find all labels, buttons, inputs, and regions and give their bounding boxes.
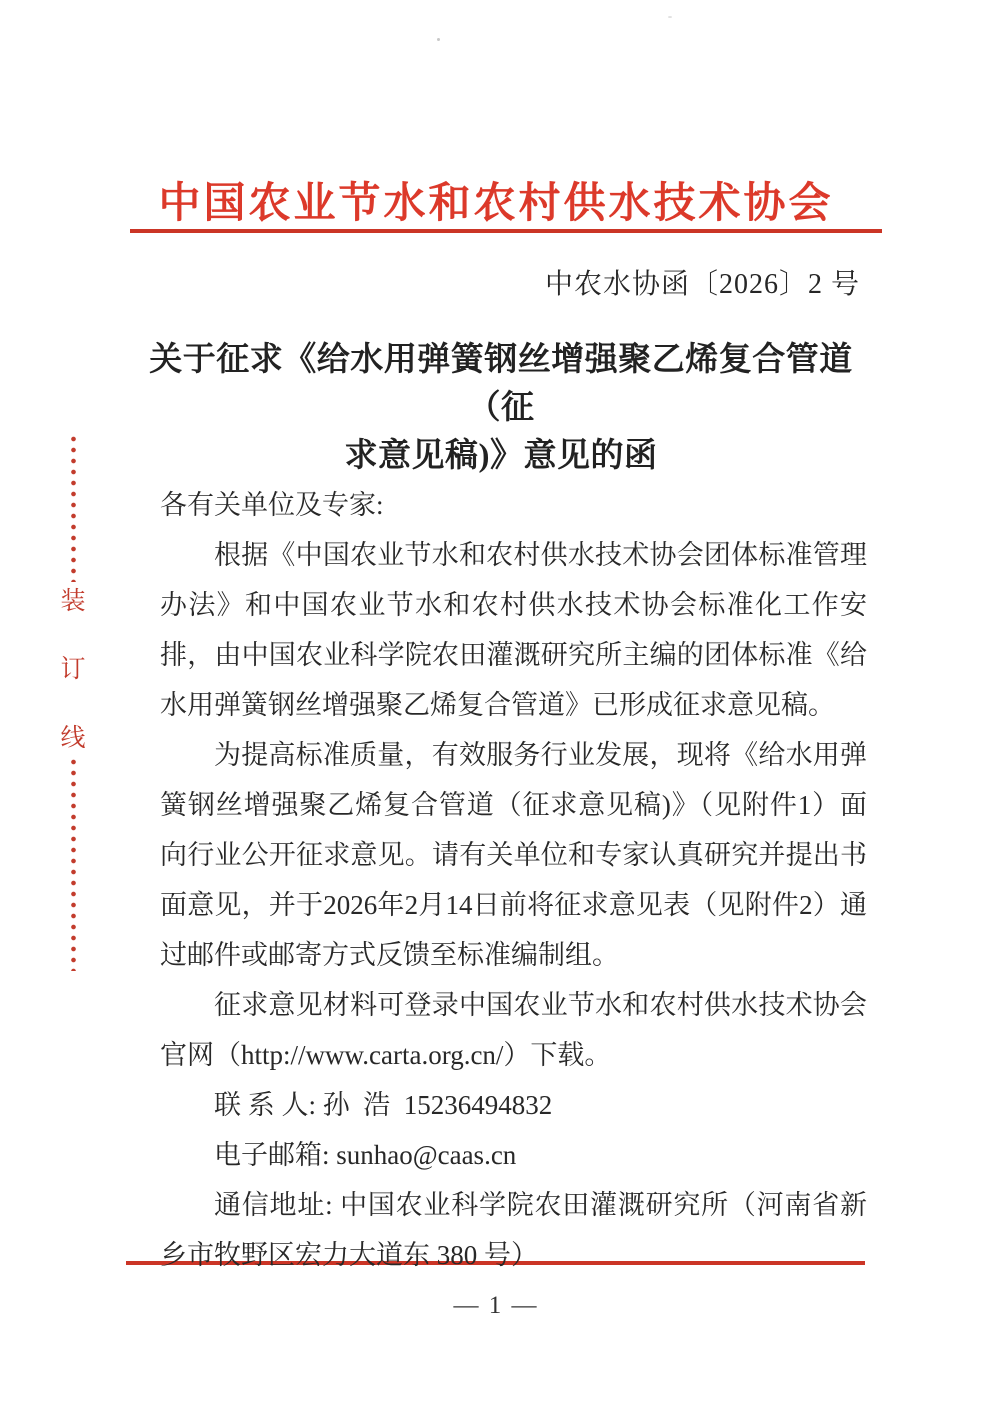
paragraph-solicitation: 为提高标准质量，有效服务行业发展，现将《给水用弹簧钢丝增强聚乙烯复合管道（征求意… bbox=[160, 730, 867, 980]
document-title-line2: 求意见稿)》意见的函 bbox=[120, 432, 882, 480]
binding-line: 装 订 线 bbox=[58, 436, 88, 971]
binding-char-ding: 订 bbox=[60, 657, 85, 682]
binding-char-zhuang: 装 bbox=[60, 589, 85, 614]
salutation: 各有关单位及专家: bbox=[160, 480, 867, 530]
scan-speck bbox=[668, 16, 672, 18]
letter-body: 各有关单位及专家: 根据《中国农业节水和农村供水技术协会团体标准管理办法》和中国… bbox=[160, 480, 867, 1280]
document-title-line1: 关于征求《给水用弹簧钢丝增强聚乙烯复合管道（征 bbox=[120, 336, 882, 432]
page-number: — 1 — bbox=[0, 1292, 992, 1320]
paragraph-basis: 根据《中国农业节水和农村供水技术协会团体标准管理办法》和中国农业节水和农村供水技… bbox=[160, 530, 867, 730]
document-title: 关于征求《给水用弹簧钢丝增强聚乙烯复合管道（征 求意见稿)》意见的函 bbox=[120, 336, 882, 480]
doc-number: 中农水协函〔2026〕2 号 bbox=[545, 262, 860, 302]
paragraph-download: 征求意见材料可登录中国农业节水和农村供水技术协会官网（http://www.ca… bbox=[160, 980, 867, 1080]
email-line: 电子邮箱: sunhao@caas.cn bbox=[160, 1130, 867, 1180]
contact-person-line: 联 系 人: 孙 浩 15236494832 bbox=[160, 1080, 867, 1130]
binding-dots-top bbox=[71, 436, 76, 582]
document-page: 装 订 线 中国农业节水和农村供水技术协会 中农水协函〔2026〕2 号 关于征… bbox=[0, 0, 992, 1403]
org-name-header: 中国农业节水和农村供水技术协会 bbox=[0, 170, 992, 230]
binding-dots-bottom bbox=[71, 759, 76, 971]
address-line: 通信地址: 中国农业科学院农田灌溉研究所（河南省新乡市牧野区宏力大道东 380 … bbox=[160, 1180, 867, 1280]
binding-char-xian: 线 bbox=[60, 726, 85, 751]
scan-speck bbox=[437, 38, 440, 41]
header-rule bbox=[130, 229, 882, 233]
